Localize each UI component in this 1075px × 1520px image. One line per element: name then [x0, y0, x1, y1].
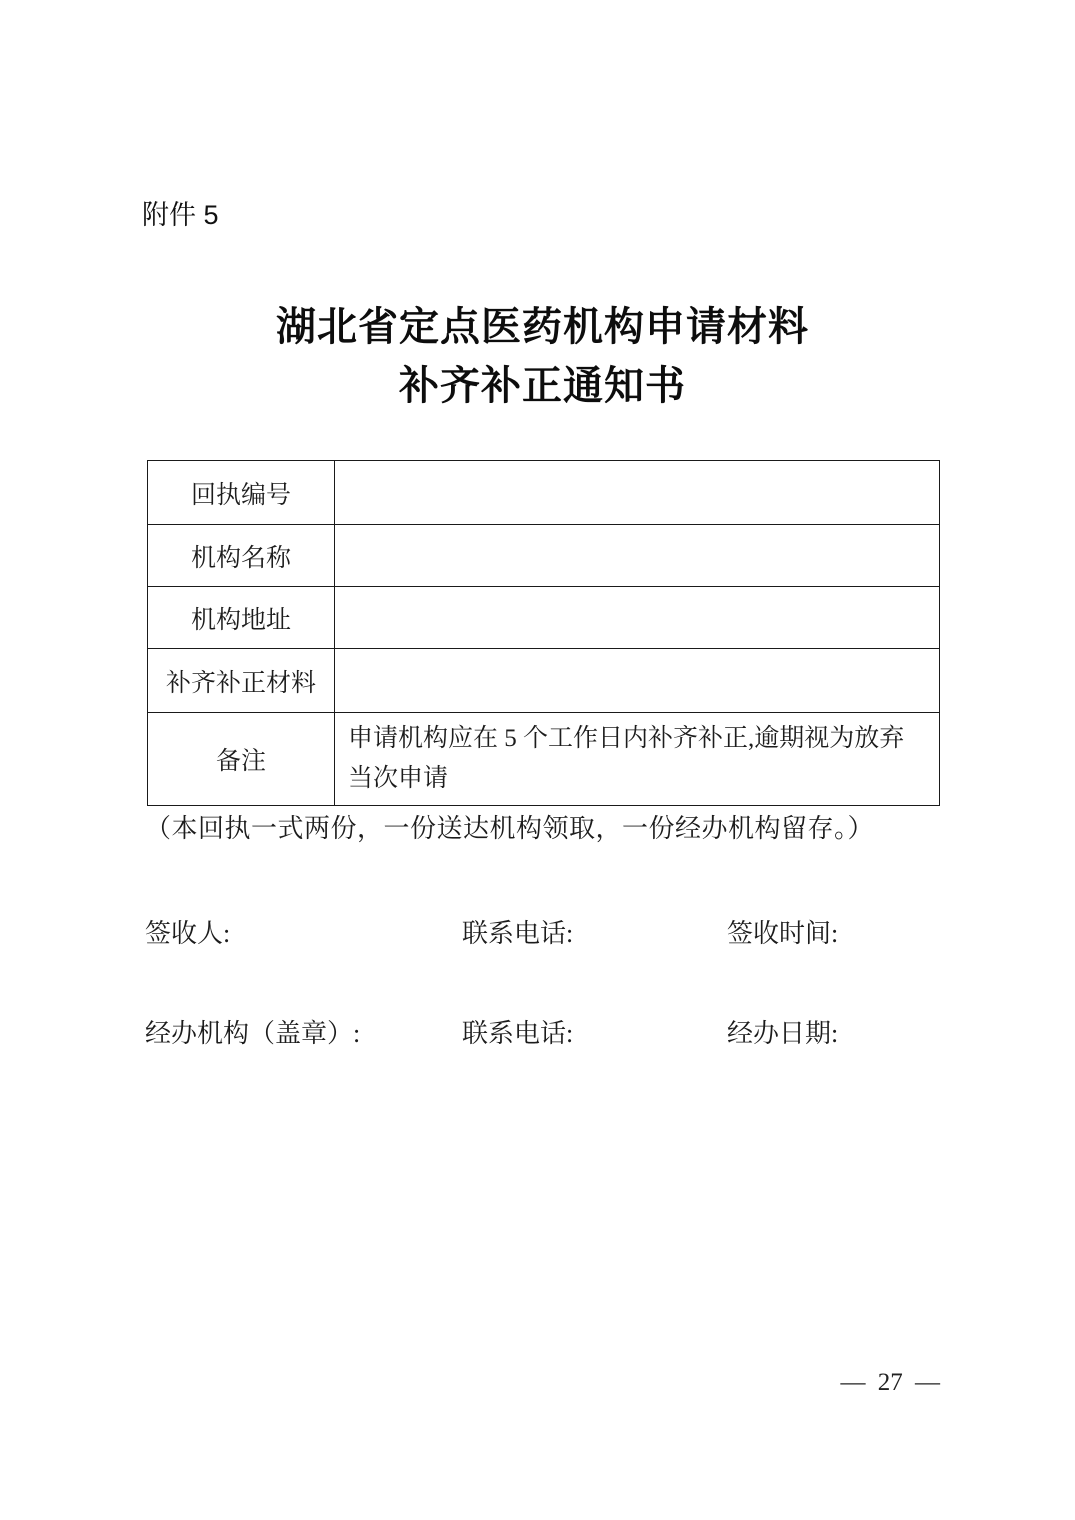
- receiver-label: 签收人:: [145, 917, 462, 951]
- document-title: 湖北省定点医药机构申请材料 补齐补正通知书: [145, 297, 940, 415]
- table-row-remarks: 备注 申请机构应在 5 个工作日内补齐补正,逾期视为放弃当次申请: [148, 713, 940, 806]
- document-page: 附件 5 湖北省定点医药机构申请材料 补齐补正通知书 回执编号 机构名称 机构地…: [0, 0, 1075, 1520]
- attachment-label: 附件 5: [142, 198, 219, 232]
- contact-phone-label: 联系电话:: [462, 917, 727, 951]
- table-row-institution-address: 机构地址: [148, 587, 940, 649]
- row-value: [335, 649, 940, 713]
- row-label: 备注: [148, 713, 335, 806]
- signature-row-agency: 经办机构（盖章）: 联系电话: 经办日期:: [145, 1017, 940, 1051]
- receive-time-label: 签收时间:: [727, 917, 940, 951]
- document-title-line1: 湖北省定点医药机构申请材料: [145, 297, 940, 356]
- page-number: — 27 —: [145, 1368, 940, 1398]
- table-row-supplement-materials: 补齐补正材料: [148, 649, 940, 713]
- row-label: 机构名称: [148, 525, 335, 587]
- row-value: [335, 461, 940, 525]
- row-label: 机构地址: [148, 587, 335, 649]
- row-value: 申请机构应在 5 个工作日内补齐补正,逾期视为放弃当次申请: [335, 713, 940, 806]
- row-value: [335, 587, 940, 649]
- contact-phone-label: 联系电话:: [462, 1017, 727, 1051]
- row-value: [335, 525, 940, 587]
- handling-date-label: 经办日期:: [727, 1017, 940, 1051]
- copies-note: （本回执一式两份，一份送达机构领取，一份经办机构留存。）: [145, 812, 940, 846]
- document-title-line2: 补齐补正通知书: [145, 356, 940, 415]
- handling-agency-seal-label: 经办机构（盖章）:: [145, 1017, 462, 1051]
- row-label: 回执编号: [148, 461, 335, 525]
- table-row-receipt-number: 回执编号: [148, 461, 940, 525]
- table-row-institution-name: 机构名称: [148, 525, 940, 587]
- signature-row-receiver: 签收人: 联系电话: 签收时间:: [145, 917, 940, 951]
- row-label: 补齐补正材料: [148, 649, 335, 713]
- notice-form-table: 回执编号 机构名称 机构地址 补齐补正材料 备注 申请机构应在 5 个工作日内补…: [147, 460, 940, 806]
